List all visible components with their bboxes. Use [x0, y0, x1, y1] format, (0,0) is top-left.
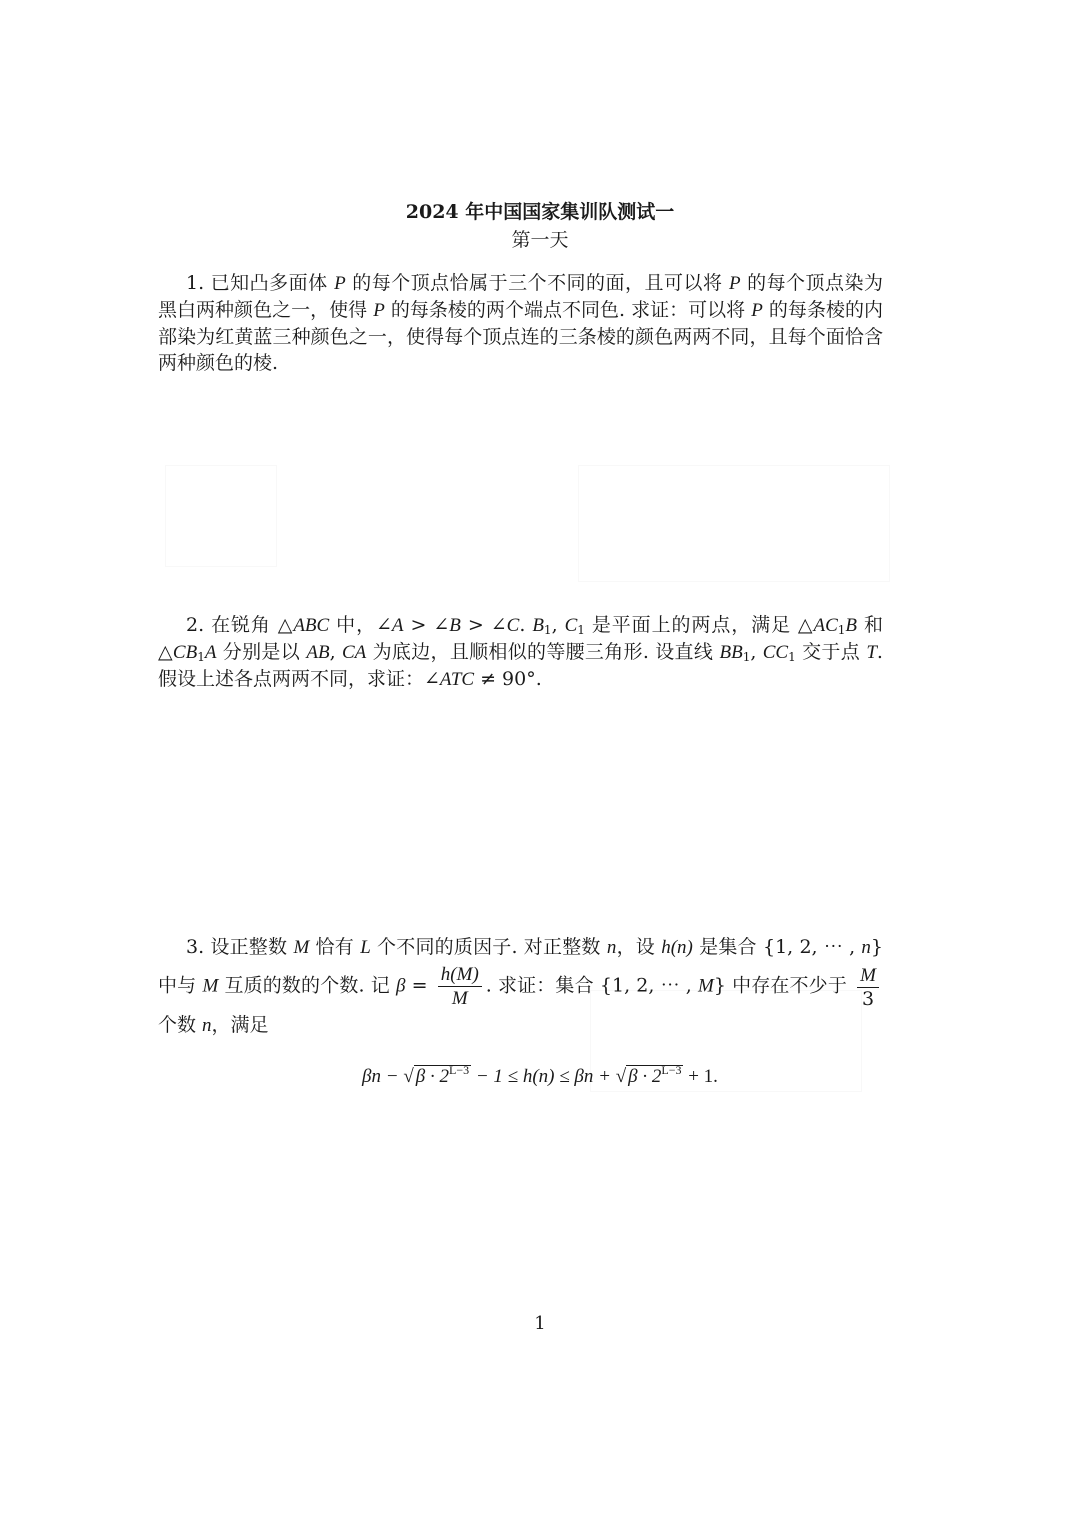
page-number: 1: [0, 1313, 1080, 1334]
problem-number: 2.: [186, 614, 204, 636]
faint-watermark-left: [165, 465, 277, 567]
problem-1: 1. 已知凸多面体 P 的每个顶点恰属于三个不同的面，且可以将 P 的每个顶点染…: [158, 270, 883, 376]
problem-3: 3. 设正整数 M 恰有 L 个不同的质因子. 对正整数 n，设 h(n) 是集…: [158, 932, 883, 1041]
problem-2: 2. 在锐角 △ABC 中，∠A > ∠B > ∠C. B1, C1 是平面上的…: [158, 612, 883, 693]
problem-number: 3.: [186, 936, 204, 958]
document-title: 2024 年中国国家集训队测试一: [0, 198, 1080, 226]
display-formula: βn − √β · 2L−3 − 1 ≤ h(n) ≤ βn + √β · 2L…: [0, 1066, 1080, 1088]
fraction-m-over-3: M3: [857, 964, 879, 1010]
faint-watermark-right: [578, 465, 890, 582]
problem-number: 1.: [186, 272, 204, 294]
fraction-beta: h(M)M: [438, 963, 482, 1010]
document-title-block: 2024 年中国国家集训队测试一 第一天: [0, 198, 1080, 254]
document-subtitle: 第一天: [0, 226, 1080, 254]
